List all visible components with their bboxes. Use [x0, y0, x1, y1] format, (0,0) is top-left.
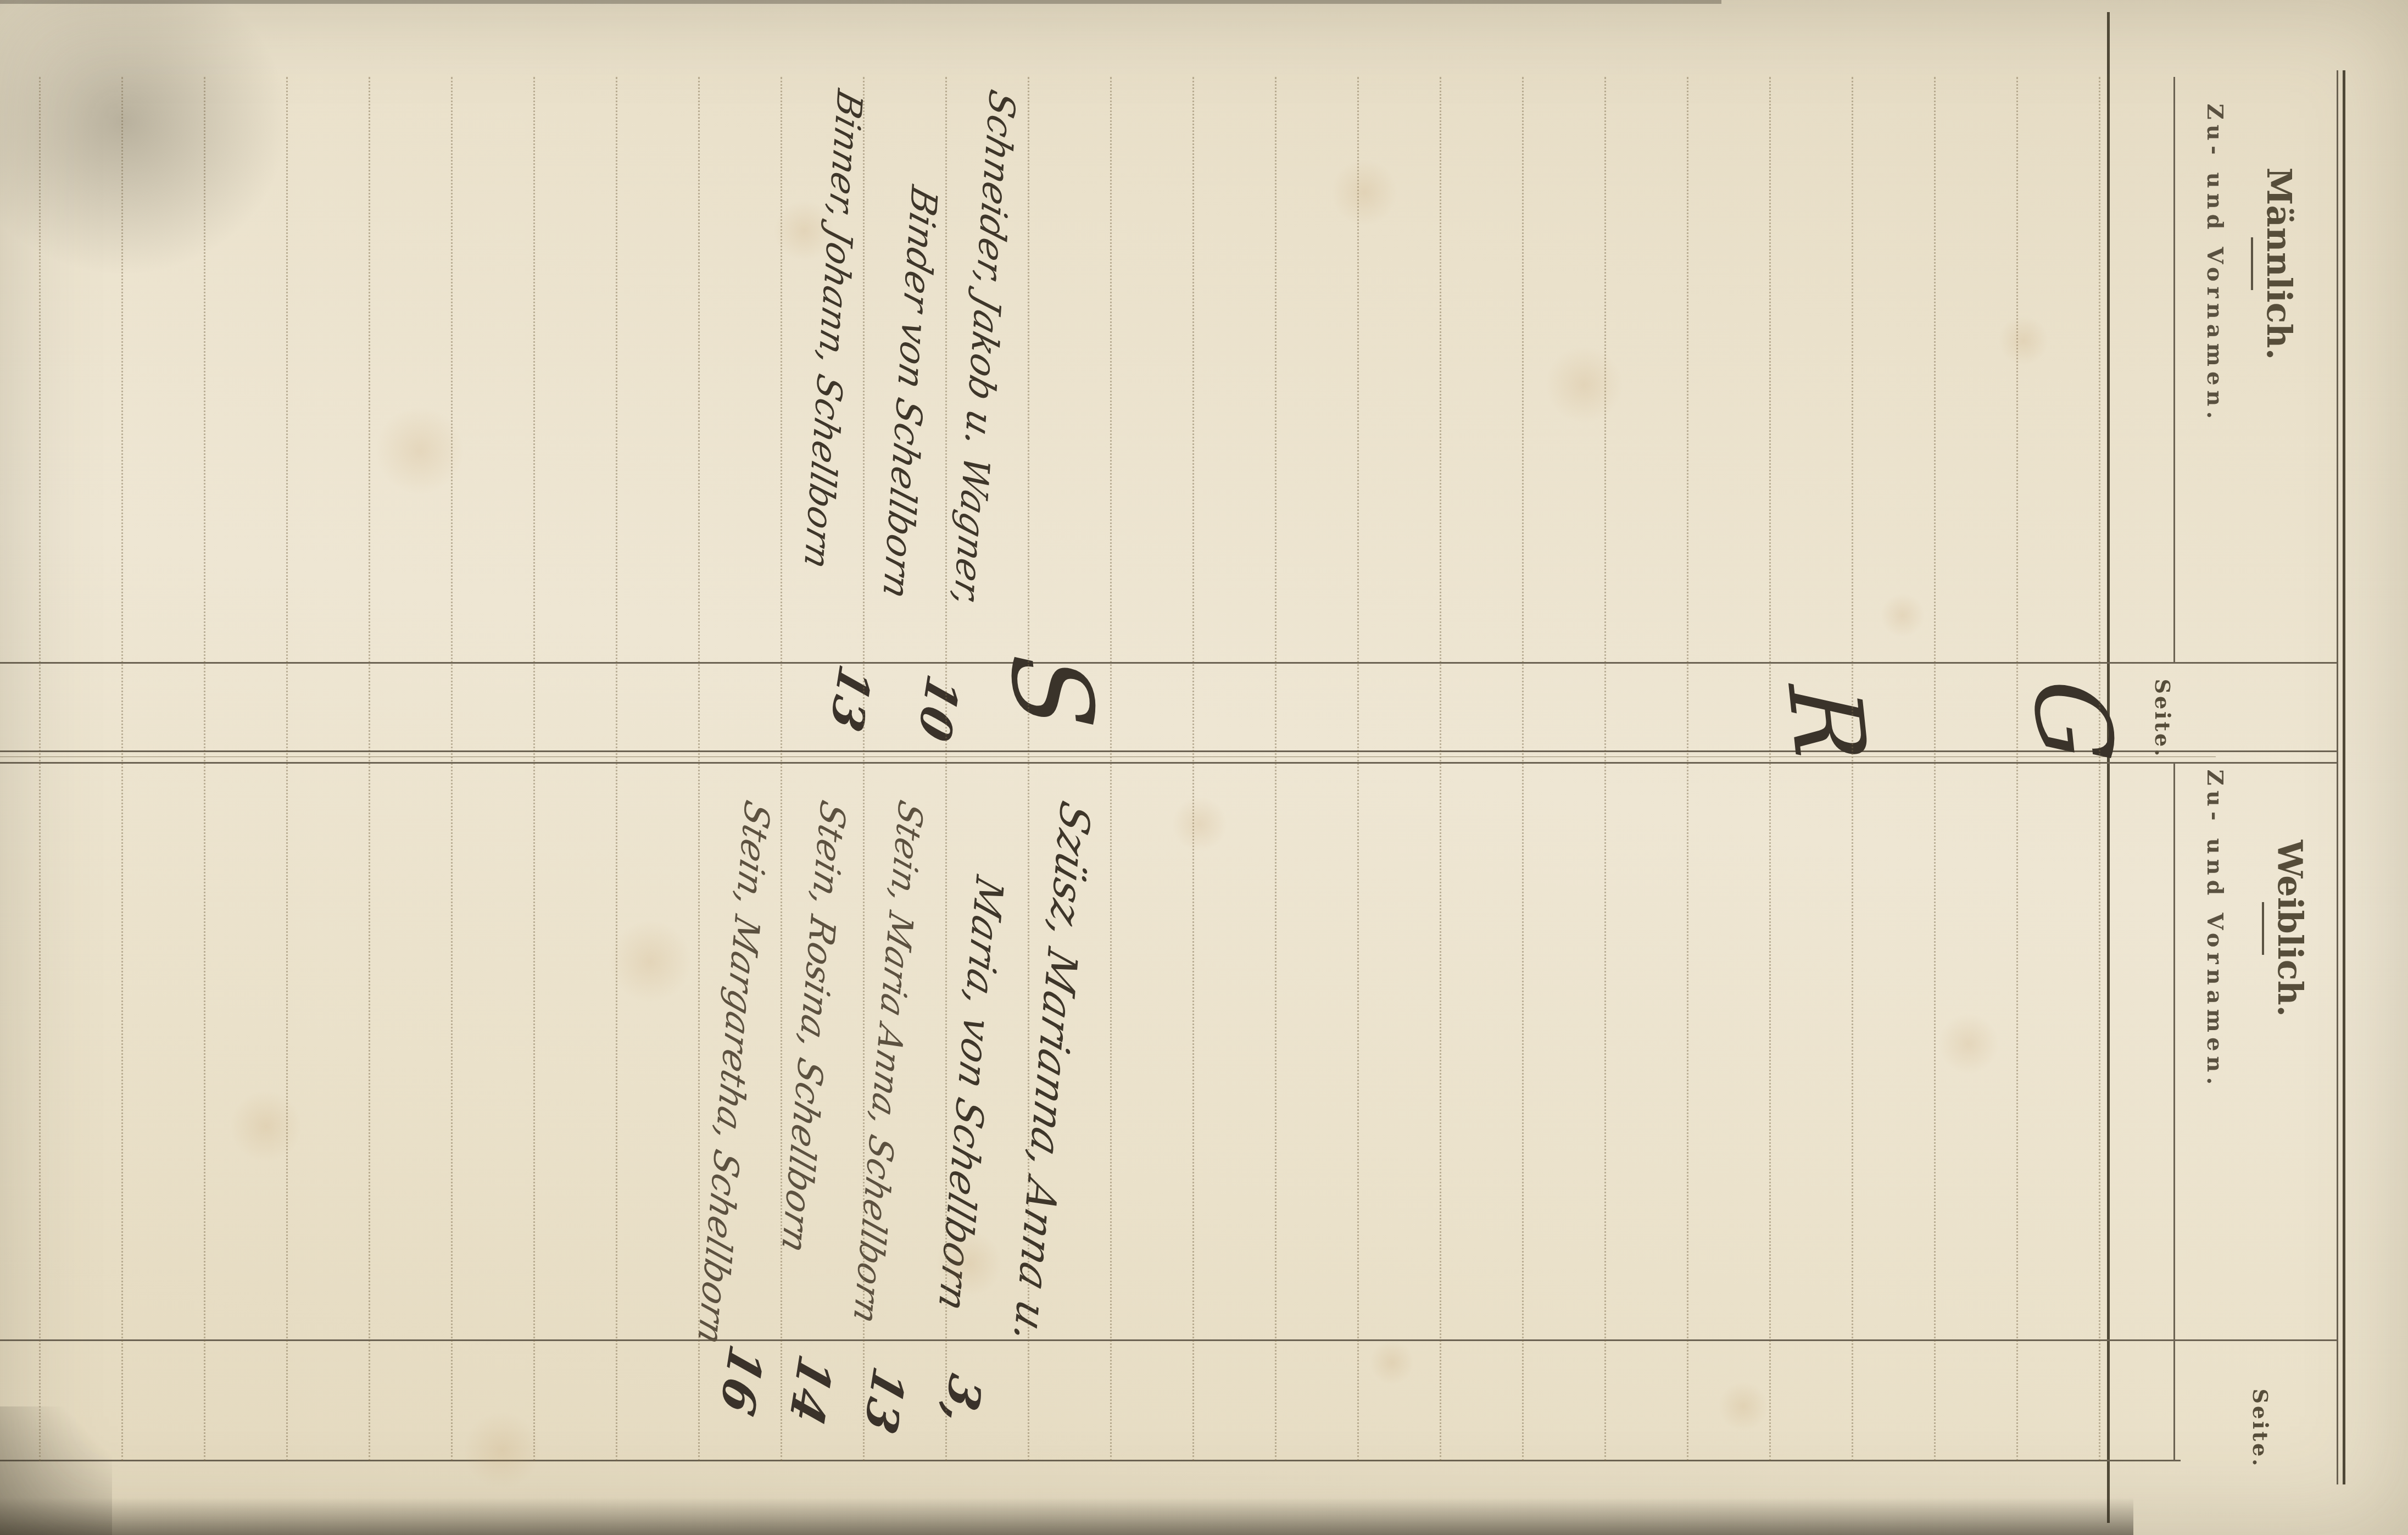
male-entry-2-line-1: Binner, Johann, Schellborn [796, 85, 869, 574]
foxing-stain [376, 407, 464, 494]
dotted-row-rule [945, 77, 947, 1461]
dotted-row-rule [2016, 77, 2018, 1461]
dotted-row-rule [1604, 77, 1606, 1461]
foxing-stain [1370, 1341, 1414, 1384]
dotted-row-rule [1934, 77, 1936, 1461]
corner-smudge-stain [0, 0, 288, 275]
male-names-column-header-text: Zu- und Vornamen. [2202, 104, 2228, 424]
section-letter-S: S [999, 653, 1104, 730]
male-section-title-text: Männlich. [2259, 168, 2299, 360]
dotted-row-rule [698, 77, 700, 1461]
dotted-row-rule [369, 77, 370, 1461]
female-names-column-header: Zu- und Vornamen. [2202, 710, 2228, 1149]
dotted-row-rule [204, 77, 205, 1461]
table-top-border-inner [2337, 70, 2338, 1484]
dotted-row-rule [2099, 77, 2100, 1461]
register-page-upright: Männlich. Zu- und Vornamen. Seite. Weibl… [0, 0, 2408, 1535]
foxing-stain [609, 920, 692, 1003]
male-seite-column-left-line [0, 662, 2337, 664]
male-seite-label-text: Seite. [2150, 678, 2175, 758]
scan-edge-shadow-bottom-right-corner [0, 1406, 112, 1535]
female-seite-column-left-line [0, 1339, 2337, 1341]
dotted-row-rule [1275, 77, 1277, 1461]
foxing-stain [1881, 593, 1925, 637]
male-entry-1-line-2: Binder von Schellborn [875, 181, 945, 604]
dotted-row-rule [863, 77, 865, 1461]
table-top-border-outer [2343, 70, 2345, 1484]
foxing-stain [1172, 797, 1227, 852]
female-seite-column-header: Seite. [2248, 1373, 2273, 1483]
foxing-stain [1938, 1014, 1999, 1074]
foxing-stain [1546, 346, 1623, 423]
center-gutter-line-right [0, 762, 2337, 764]
section-letter-R: R [1777, 685, 1875, 761]
female-entry-2-line-1: Stein, Maria Anna, Schellborn [846, 796, 930, 1330]
foxing-stain [1999, 316, 2048, 365]
female-section-title: Weiblich. [2270, 764, 2310, 1093]
female-names-column-header-text: Zu- und Vornamen. [2202, 770, 2228, 1090]
scan-edge-line-left [0, 0, 1721, 4]
male-title-underline-dash [2251, 237, 2253, 290]
female-title-underline-dash [2262, 902, 2264, 955]
dotted-row-rule [1028, 77, 1029, 1461]
dotted-row-rule [1440, 77, 1441, 1461]
dotted-row-rule [39, 77, 41, 1461]
dotted-row-rule [533, 77, 535, 1461]
header-bottom-rule [2107, 12, 2110, 1523]
dotted-row-rule [1192, 77, 1194, 1461]
dotted-row-rule [1852, 77, 1853, 1461]
page-vignette [0, 0, 2408, 1535]
dotted-row-rule [451, 77, 453, 1461]
female-seite-column-right-line [0, 1460, 2181, 1461]
male-section-title: Männlich. [2259, 99, 2299, 429]
female-section-title-text: Weiblich. [2270, 840, 2310, 1017]
male-entry-1-line-1: Schneider, Jakob u. Wagner, [946, 85, 1023, 613]
dotted-row-rule [616, 77, 617, 1461]
female-entry-1-line-2: Maria, von Schellborn [930, 871, 1012, 1317]
female-entry-1-line-1: Szüsz, Marianna, Anna u. [1005, 796, 1100, 1350]
male-names-column-header: Zu- und Vornamen. [2202, 44, 2228, 483]
dotted-row-rule [1110, 77, 1112, 1461]
male-entry-1-seite-number: 10 [908, 669, 968, 748]
foxing-stain [464, 1412, 540, 1489]
female-entry-1-seite-number: 3, [933, 1369, 991, 1432]
female-entry-4-line-1: Stein, Margaretha, Schellborn [690, 796, 777, 1350]
dotted-row-rule [121, 77, 123, 1461]
dotted-row-rule [1357, 77, 1359, 1461]
female-seite-label-text: Seite. [2248, 1388, 2273, 1468]
female-entry-3-seite-number: 14 [779, 1348, 843, 1432]
male-entry-2-seite-number: 13 [820, 659, 880, 738]
section-letter-G: G [2022, 678, 2122, 763]
dotted-row-rule [1769, 77, 1771, 1461]
dotted-row-rule [1522, 77, 1524, 1461]
center-gutter-line-left [0, 750, 2337, 752]
dotted-row-rule [286, 77, 288, 1461]
male-name-header-underline [2173, 77, 2175, 663]
female-entry-3-line-1: Stein, Rosina, Schellborn [773, 796, 852, 1259]
foxing-stain [1719, 1382, 1768, 1431]
dotted-row-rule [1687, 77, 1688, 1461]
male-seite-column-header: Seite. [2150, 664, 2175, 774]
scanned-register-page: Männlich. Zu- und Vornamen. Seite. Weibl… [0, 0, 2408, 1535]
female-header-underline [2173, 763, 2175, 1460]
dotted-row-rule [781, 77, 782, 1461]
foxing-stain [230, 1091, 302, 1162]
scan-edge-shadow-right [0, 1498, 2133, 1535]
foxing-stain [1331, 159, 1397, 225]
female-entry-4-seite-number: 16 [710, 1338, 773, 1422]
